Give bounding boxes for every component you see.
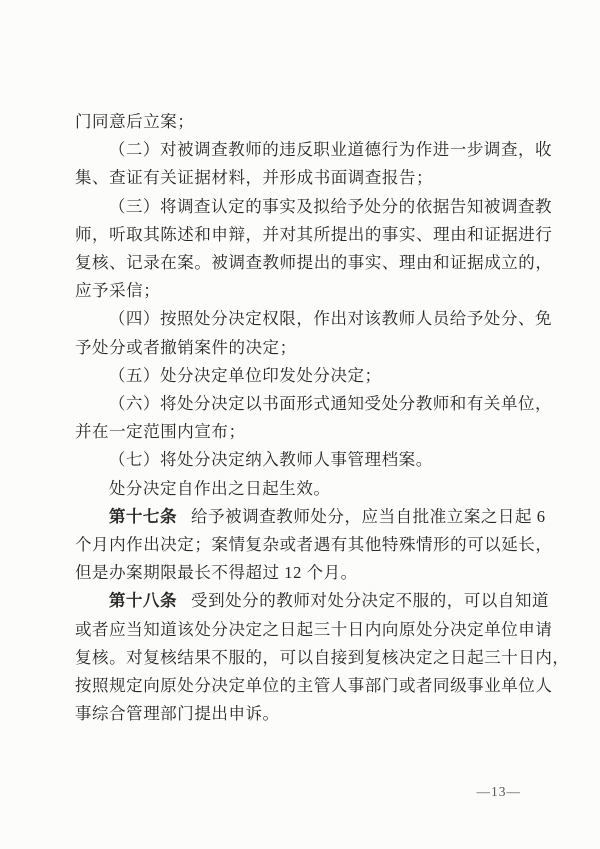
text-line: 第十八条受到处分的教师对处分决定不服的，可以自知道 [75, 587, 545, 615]
text-line: 门同意后立案； [75, 108, 545, 136]
text-line-content: （七）将处分决定纳入教师人事管理档案。 [109, 450, 433, 469]
text-line-content: 个月内作出决定；案情复杂或者遇有其他特殊情形的可以延长， [75, 535, 552, 554]
text-line: 应予采信； [75, 277, 545, 305]
text-line: 复核。对复核结果不服的，可以自接到复核决定之日起三十日内， [75, 644, 545, 672]
text-line-content: （二）对被调查教师的违反职业道德行为作进一步调查，收 [109, 140, 552, 159]
text-line: 个月内作出决定；案情复杂或者遇有其他特殊情形的可以延长， [75, 531, 545, 559]
text-line-content: 处分决定自作出之日起生效。 [109, 479, 331, 498]
page-number: —13— [477, 784, 522, 800]
text-line-content: （四）按照处分决定权限，作出对该教师人员给予处分、免 [109, 309, 552, 328]
text-line: 师，听取其陈述和申辩，并对其所提出的事实、理由和证据进行 [75, 221, 545, 249]
text-line: 事综合管理部门提出申诉。 [75, 700, 545, 728]
text-line-content: 复核。对复核结果不服的，可以自接到复核决定之日起三十日内， [75, 648, 569, 667]
text-line-content: （三）将调查认定的事实及拟给予处分的依据告知被调查教 [109, 197, 552, 216]
article-number: 第十八条 [109, 591, 177, 610]
text-line: 并在一定范围内宣布； [75, 418, 545, 446]
text-line-content: 按照规定向原处分决定单位的主管人事部门或者同级事业单位人 [75, 676, 552, 695]
text-line: 处分决定自作出之日起生效。 [75, 475, 545, 503]
text-line-content: 复核、记录在案。被调查教师提出的事实、理由和证据成立的， [75, 253, 552, 272]
text-line: （五）处分决定单位印发处分决定； [75, 362, 545, 390]
article-number: 第十七条 [109, 507, 177, 526]
text-line-content: （六）将处分决定以书面形式通知受处分教师和有关单位， [109, 394, 552, 413]
text-line: （六）将处分决定以书面形式通知受处分教师和有关单位， [75, 390, 545, 418]
text-line: 集、查证有关证据材料，并形成书面调查报告； [75, 164, 545, 192]
text-line-content: 或者应当知道该处分决定之日起三十日内向原处分决定单位申请 [75, 620, 552, 639]
text-line-content: 事综合管理部门提出申诉。 [75, 704, 280, 723]
document-page: 门同意后立案；（二）对被调查教师的违反职业道德行为作进一步调查，收集、查证有关证… [0, 0, 600, 849]
text-line: （四）按照处分决定权限，作出对该教师人员给予处分、免 [75, 305, 545, 333]
text-line-content: 给予被调查教师处分，应当自批准立案之日起 6 [191, 507, 545, 526]
text-line-content: 但是办案期限最长不得超过 12 个月。 [75, 563, 358, 582]
text-line-content: 予处分或者撤销案件的决定； [75, 338, 297, 357]
text-line: 予处分或者撤销案件的决定； [75, 334, 545, 362]
text-line-content: 并在一定范围内宣布； [75, 422, 246, 441]
text-line: 按照规定向原处分决定单位的主管人事部门或者同级事业单位人 [75, 672, 545, 700]
text-line: （三）将调查认定的事实及拟给予处分的依据告知被调查教 [75, 193, 545, 221]
text-line-content: 师，听取其陈述和申辩，并对其所提出的事实、理由和证据进行 [75, 225, 552, 244]
text-line: 第十七条给予被调查教师处分，应当自批准立案之日起 6 [75, 503, 545, 531]
text-line-content: 应予采信； [75, 281, 160, 300]
text-line: （七）将处分决定纳入教师人事管理档案。 [75, 446, 545, 474]
text-line-content: 受到处分的教师对处分决定不服的，可以自知道 [191, 591, 549, 610]
text-line: 但是办案期限最长不得超过 12 个月。 [75, 559, 545, 587]
text-line-content: 门同意后立案； [75, 112, 194, 131]
document-body: 门同意后立案；（二）对被调查教师的违反职业道德行为作进一步调查，收集、查证有关证… [75, 108, 545, 728]
text-line-content: 集、查证有关证据材料，并形成书面调查报告； [75, 168, 433, 187]
text-line: 复核、记录在案。被调查教师提出的事实、理由和证据成立的， [75, 249, 545, 277]
text-line: 或者应当知道该处分决定之日起三十日内向原处分决定单位申请 [75, 616, 545, 644]
text-line: （二）对被调查教师的违反职业道德行为作进一步调查，收 [75, 136, 545, 164]
text-line-content: （五）处分决定单位印发处分决定； [109, 366, 382, 385]
